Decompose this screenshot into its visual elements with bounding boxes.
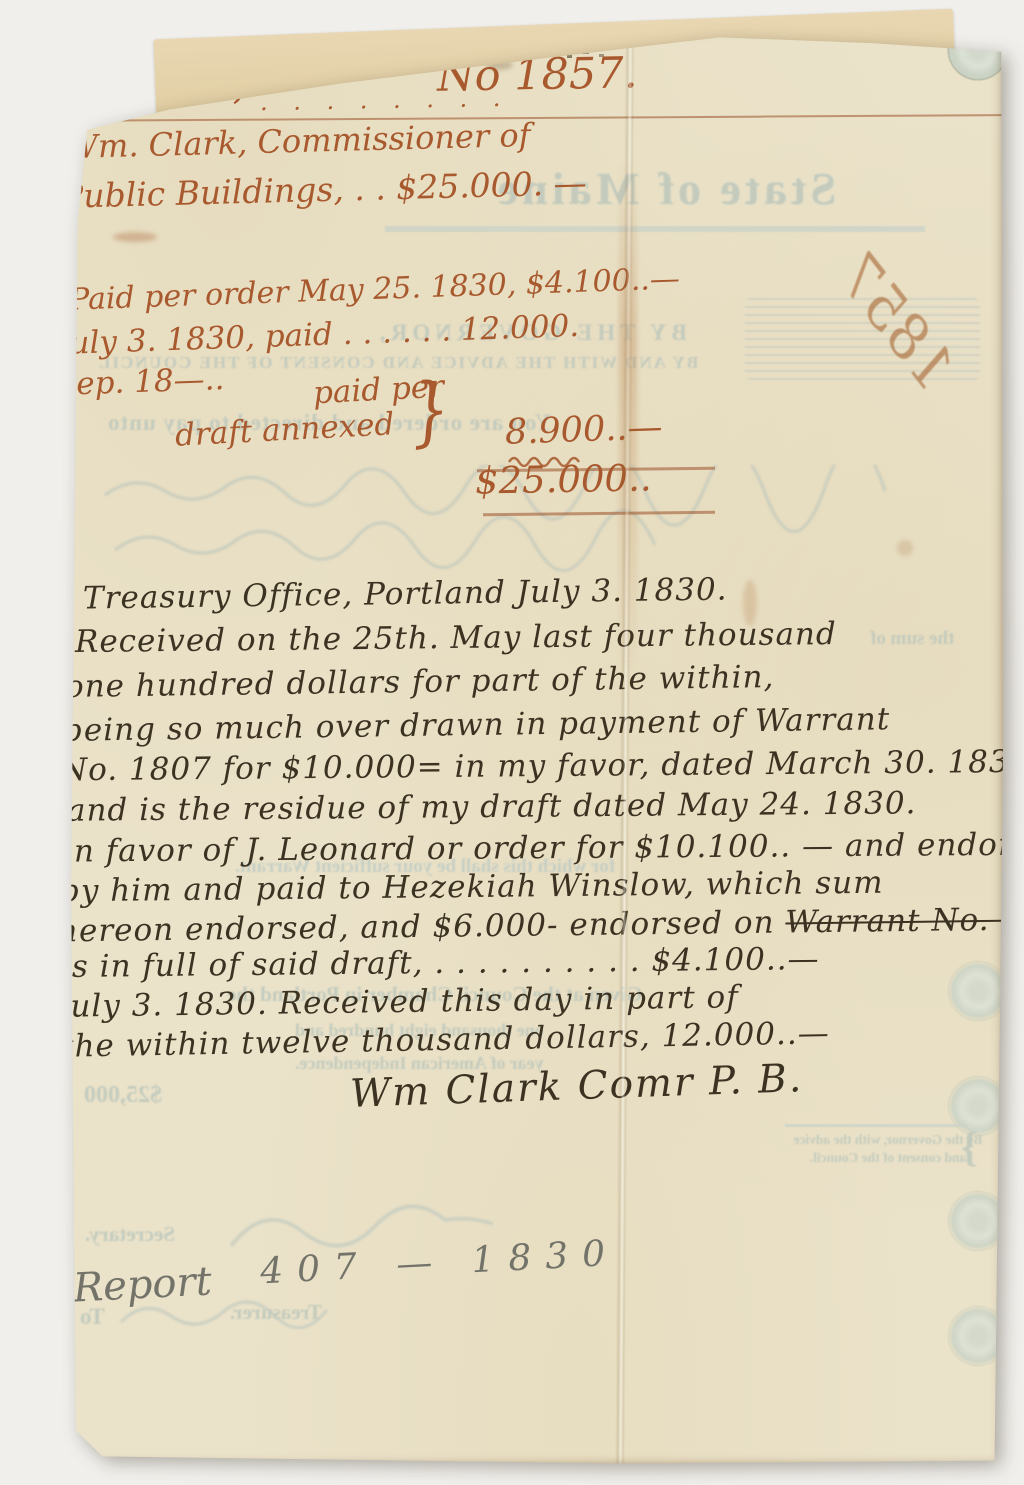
bleed-amount-figure: $25,000: [57, 1082, 162, 1109]
bleed-secretary-label: Secretary.: [85, 1222, 175, 1247]
receipt-line: in favor of J. Leonard or order for $10.…: [63, 826, 1005, 869]
receipt-line: Received on the 25th. May last four thou…: [75, 616, 837, 660]
bleed-border-medallion: [948, 1191, 1005, 1251]
bleed-border-medallion: [948, 1306, 1005, 1366]
bleed-small-rule: [785, 1124, 967, 1127]
bleed-treasurer-label: Treasurer.: [230, 1300, 322, 1325]
cancel-squiggle: [507, 452, 587, 468]
payment-entry-3-date: Sep. 18—..: [55, 361, 225, 403]
bleed-title-rule: [385, 226, 925, 232]
payment-entry-3-amount: 8.900..—: [504, 407, 663, 452]
receipt-line: is in full of said draft, . . . . . . . …: [61, 941, 820, 985]
fold-rust-stain: [619, 160, 637, 680]
bleed-border-medallion: [948, 961, 1005, 1021]
bleed-by-governor-small-line2: and consent of the Council.: [788, 1150, 988, 1166]
warrant-verso-page: State of Maine 1857 BY THE GOVERNOR, BY …: [55, 20, 1005, 1465]
receipt-line: one hundred dollars for part of the with…: [65, 659, 775, 705]
warrant-number: No 1857.: [437, 48, 638, 101]
receipt-line: No. 1807 for $10.000= in my favor, dated…: [60, 744, 1005, 789]
document-photo: State of Maine 1857 BY THE GOVERNOR, BY …: [0, 0, 1024, 1485]
bleed-the-sum-of: the sum of: [870, 628, 954, 650]
foxing-spot: [113, 232, 157, 242]
struck-warrant-reference: Warrant No. 1807,: [785, 901, 1005, 941]
receipt-line: hereon endorsed, and $6.000- endorsed on…: [58, 901, 1005, 950]
pencil-report-label: Report: [72, 1258, 213, 1311]
receipt-line: being so much over drawn in payment of W…: [63, 701, 891, 749]
bleed-brace: }: [961, 1124, 978, 1172]
docket-title: Warrant,: [67, 62, 246, 111]
payment-brace: }: [408, 365, 452, 456]
receipt-line: by him and paid to Hezekiah Winslow, whi…: [60, 865, 884, 910]
payee-name-line: Wm. Clark, Commissioner of: [65, 116, 531, 166]
bleed-by-governor-small-line1: By the Governor, with the advice: [788, 1132, 988, 1148]
payment-entry-1: Paid per order May 25. 1830, $4.100..—: [69, 261, 681, 317]
bleed-border-medallion: [948, 20, 1005, 80]
ink-specks: [553, 52, 558, 55]
receipt-line: and is the residue of my draft dated May…: [67, 785, 917, 828]
